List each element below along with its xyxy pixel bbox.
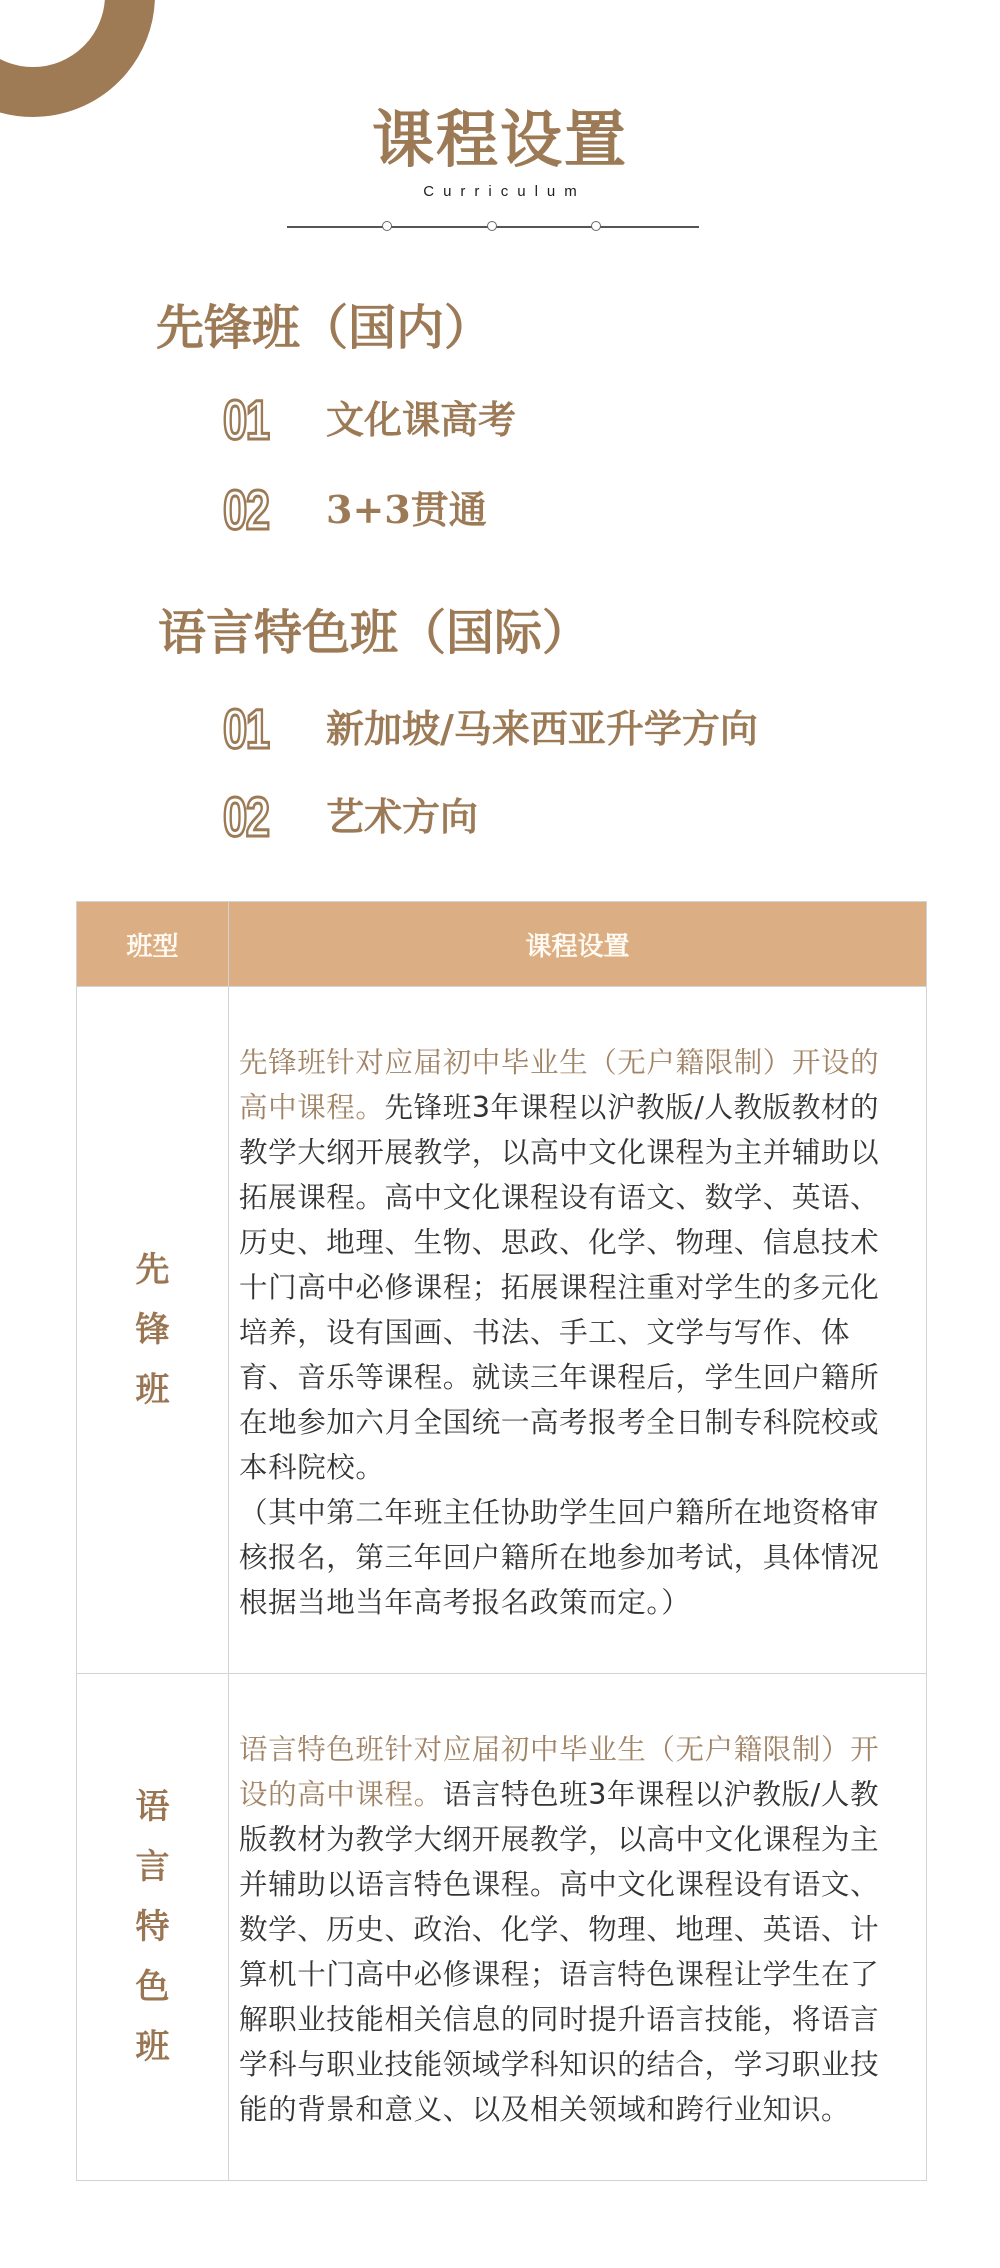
class-type-label: 先 锋 班 (136, 1240, 170, 1420)
label-char: 言 (136, 1837, 170, 1897)
section-heading-domestic: 先锋班（国内） (156, 298, 492, 358)
desc-line: 育、音乐等课程。就读三年课程后，学生回户籍所 (239, 1355, 926, 1400)
desc-line: 语言特色班针对应届初中毕业生（无户籍限制）开 (239, 1727, 926, 1772)
list-item: 01 新加坡/马来西亚升学方向 (223, 699, 285, 759)
table-header-row: 班型 课程设置 (77, 902, 927, 987)
desc-line: 高中课程。先锋班3年课程以沪教版/人教版教材的 (239, 1085, 926, 1130)
section-heading-international: 语言特色班（国际） (158, 603, 590, 663)
divider-dot (591, 221, 601, 231)
desc-line: 核报名，第三年回户籍所在地参加考试，具体情况 (239, 1535, 926, 1580)
desc-line: 根据当地当年高考报名政策而定。） (239, 1580, 926, 1625)
label-char: 班 (136, 2017, 170, 2077)
desc-line: 版教材为教学大纲开展教学，以高中文化课程为主 (239, 1817, 926, 1862)
item-number: 02 (223, 787, 271, 847)
list-item: 01 文化课高考 (223, 390, 285, 450)
item-label: 3+3贯通 (326, 480, 487, 540)
header-curriculum: 课程设置 (229, 902, 927, 987)
page-title: 课程设置 (0, 100, 1000, 180)
desc-line: 教学大纲开展教学，以高中文化课程为主并辅助以 (239, 1130, 926, 1175)
desc-line: 本科院校。 (239, 1445, 926, 1490)
item-label: 文化课高考 (326, 390, 516, 450)
list-item: 02 艺术方向 (223, 787, 285, 847)
desc-line: 培养，设有国画、书法、手工、文学与写作、体 (239, 1310, 926, 1355)
desc-line: 算机十门高中必修课程；语言特色课程让学生在了 (239, 1952, 926, 1997)
class-type-cell: 先 锋 班 (77, 987, 229, 1674)
label-char: 特 (136, 1897, 170, 1957)
desc-line: 在地参加六月全国统一高考报考全日制专科院校或 (239, 1400, 926, 1445)
item-number: 01 (223, 390, 271, 450)
curriculum-description: 语言特色班针对应届初中毕业生（无户籍限制）开 设的高中课程。语言特色班3年课程以… (229, 1674, 927, 2181)
desc-line: 数学、历史、政治、化学、物理、地理、英语、计 (239, 1907, 926, 1952)
label-char: 班 (136, 1360, 170, 1420)
class-type-cell: 语 言 特 色 班 (77, 1674, 229, 2181)
label-char: 锋 (136, 1300, 170, 1360)
class-type-label: 语 言 特 色 班 (136, 1777, 170, 2077)
item-number: 02 (223, 480, 271, 540)
desc-line: （其中第二年班主任协助学生回户籍所在地资格审 (239, 1490, 926, 1535)
list-item: 02 3+3贯通 (223, 480, 285, 540)
desc-line: 解职业技能相关信息的同时提升语言技能，将语言 (239, 1997, 926, 2042)
desc-line: 学科与职业技能领域学科知识的结合，学习职业技 (239, 2042, 926, 2087)
page-subtitle: Curriculum (0, 182, 1000, 202)
label-char: 色 (136, 1957, 170, 2017)
desc-line: 先锋班针对应届初中毕业生（无户籍限制）开设的 (239, 1040, 926, 1085)
item-label: 艺术方向 (326, 787, 478, 847)
label-char: 先 (136, 1240, 170, 1300)
table-row: 语 言 特 色 班 语言特色班针对应届初中毕业生（无户籍限制）开 设的高中课程。… (77, 1674, 927, 2181)
desc-line: 能的背景和意义、以及相关领域和跨行业知识。 (239, 2087, 926, 2132)
header-class-type: 班型 (77, 902, 229, 987)
item-number: 01 (223, 699, 271, 759)
desc-line: 设的高中课程。语言特色班3年课程以沪教版/人教 (239, 1772, 926, 1817)
curriculum-table: 班型 课程设置 先 锋 班 先锋班针对应届初中毕业生（无户籍限制）开设的 高中课… (76, 901, 927, 2181)
label-char: 语 (136, 1777, 170, 1837)
item-label: 新加坡/马来西亚升学方向 (326, 699, 758, 759)
table-row: 先 锋 班 先锋班针对应届初中毕业生（无户籍限制）开设的 高中课程。先锋班3年课… (77, 987, 927, 1674)
divider-dot (382, 221, 392, 231)
desc-line: 十门高中必修课程；拓展课程注重对学生的多元化 (239, 1265, 926, 1310)
divider-dot (487, 221, 497, 231)
curriculum-description: 先锋班针对应届初中毕业生（无户籍限制）开设的 高中课程。先锋班3年课程以沪教版/… (229, 987, 927, 1674)
desc-line: 历史、地理、生物、思政、化学、物理、信息技术 (239, 1220, 926, 1265)
desc-line: 并辅助以语言特色课程。高中文化课程设有语文、 (239, 1862, 926, 1907)
desc-line: 拓展课程。高中文化课程设有语文、数学、英语、 (239, 1175, 926, 1220)
